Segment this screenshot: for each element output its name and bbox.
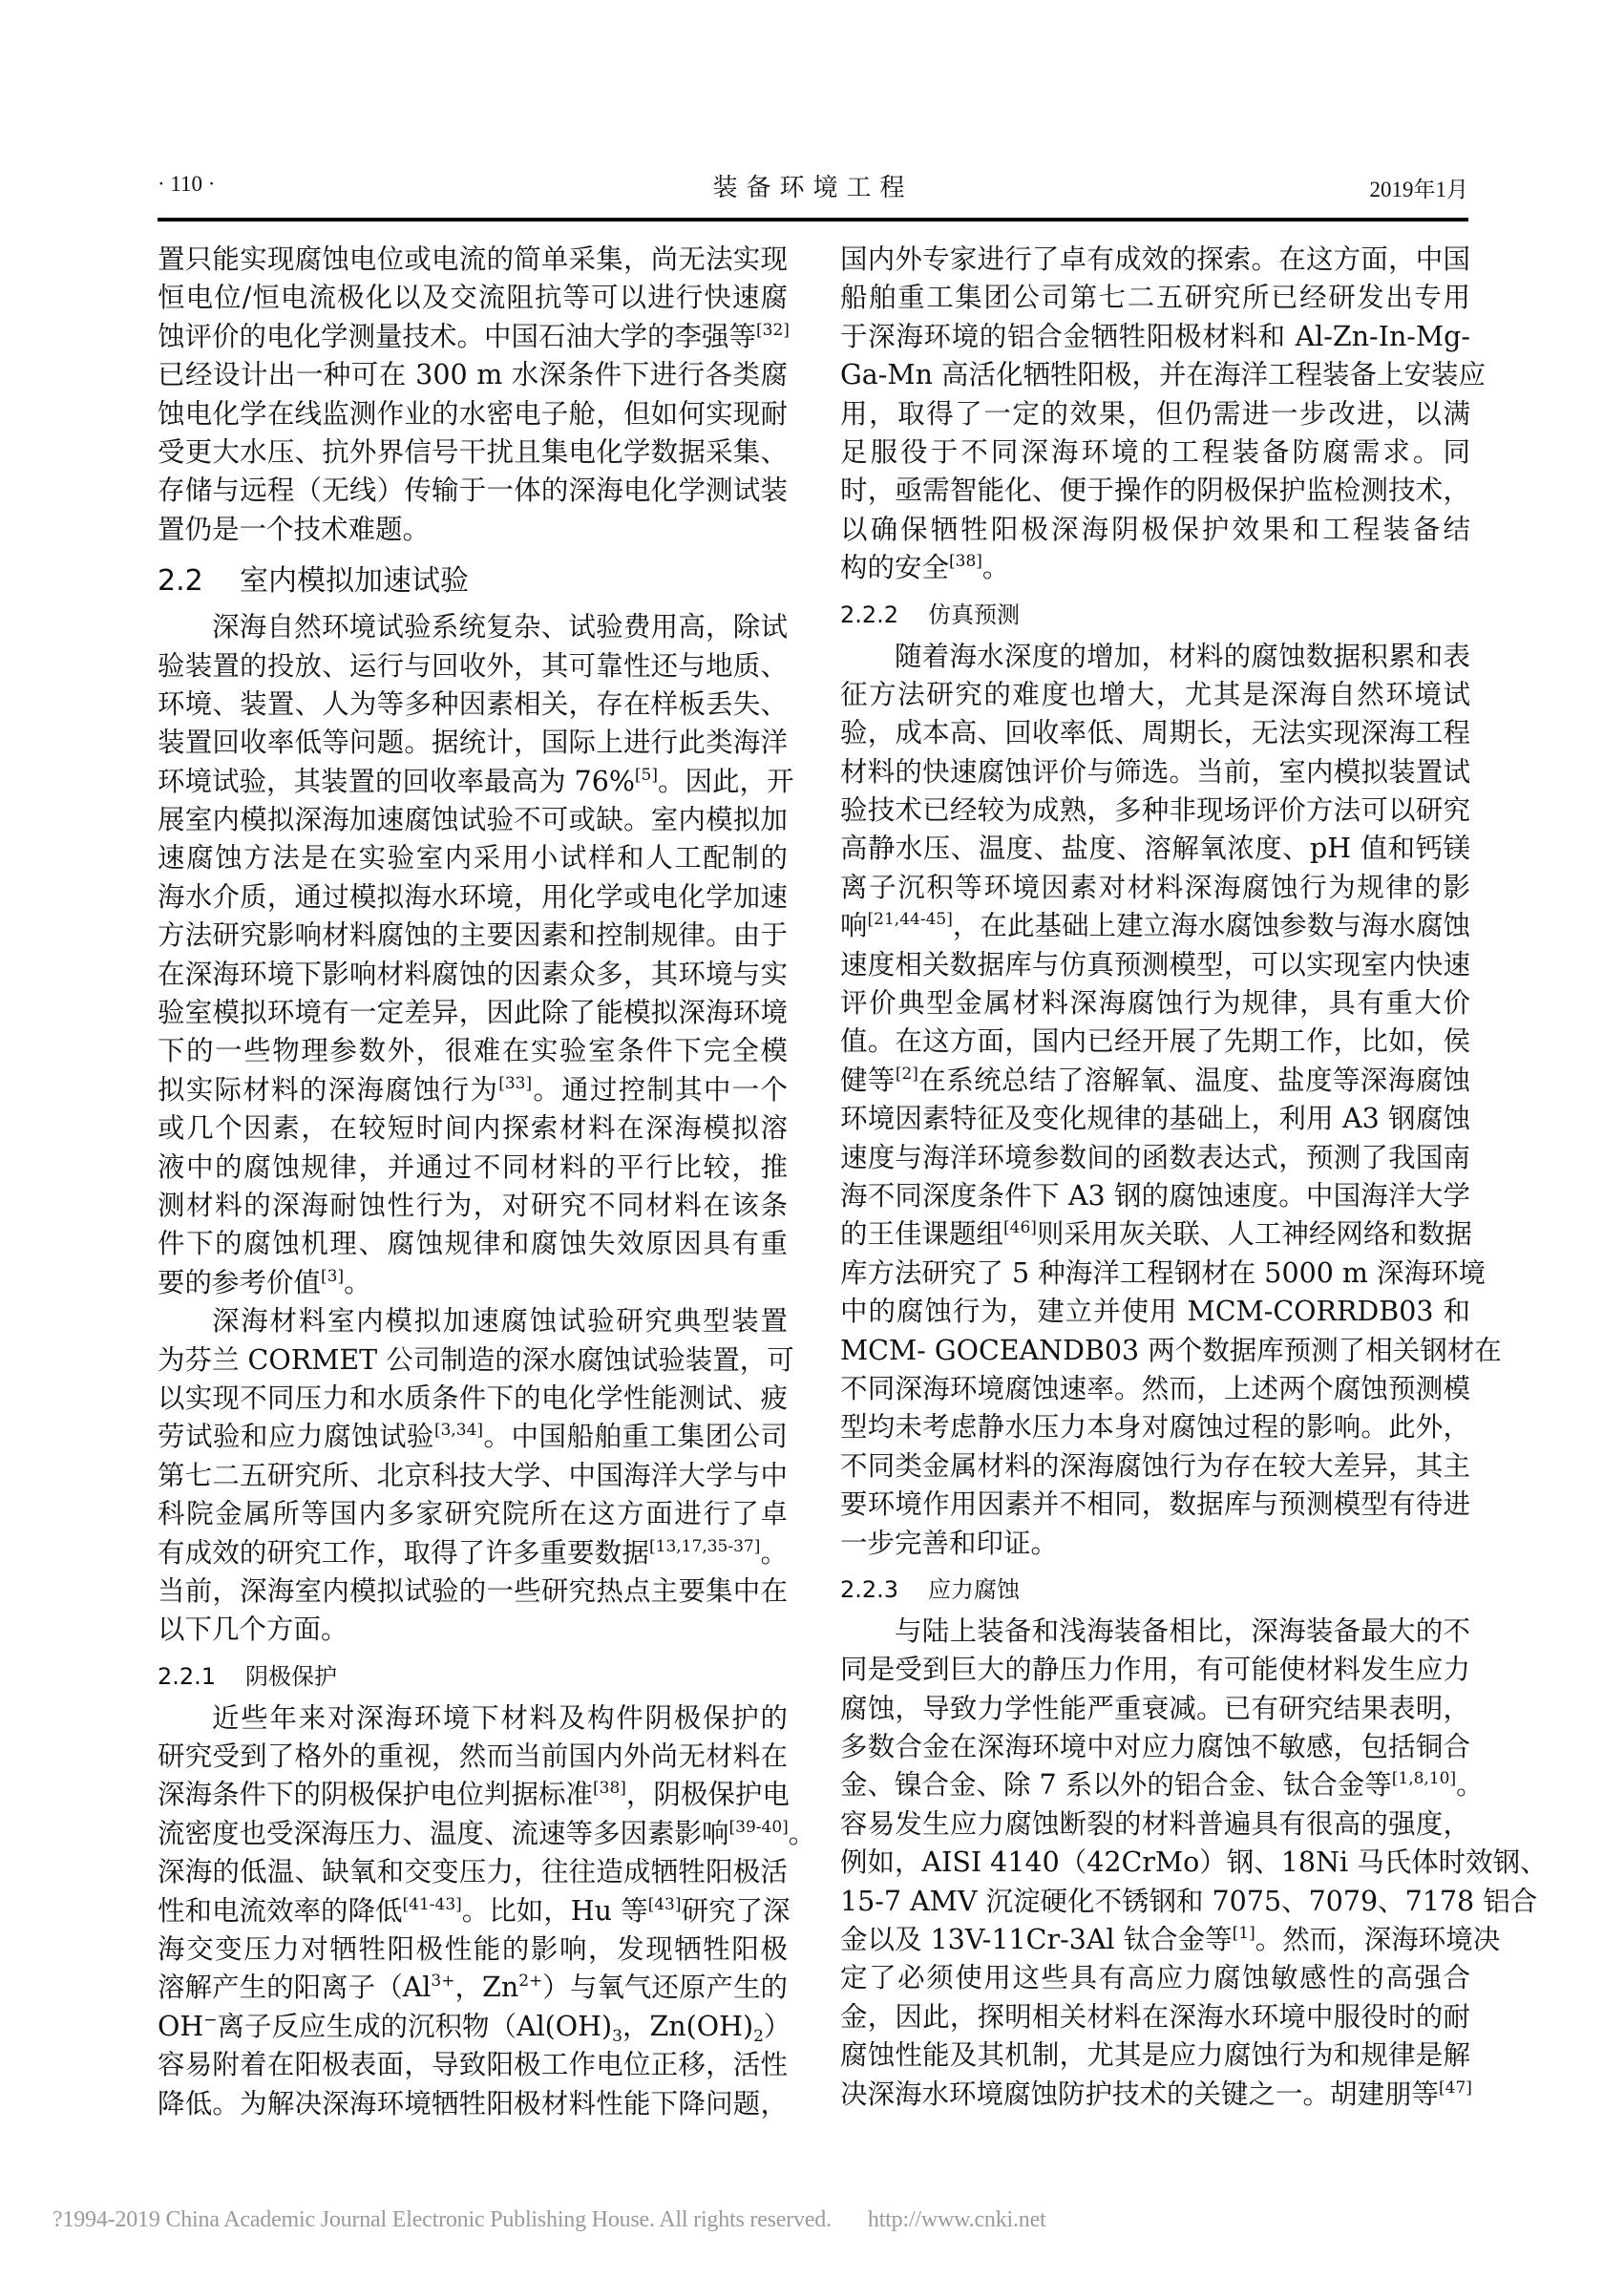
text-line: 环境因素特征及变化规律的基础上，利用 A3 钢腐蚀 <box>840 1100 1470 1138</box>
text-line: 腐蚀性能及其机制，尤其是应力腐蚀行为和规律是解 <box>840 2036 1470 2075</box>
text-line: 环境、装置、人为等多种因素相关，存在样板丢失、 <box>158 686 788 724</box>
ion-charge: 3+ <box>431 1972 454 1991</box>
text-line: 速腐蚀方法是在实验室内采用小试样和人工配制的 <box>158 839 788 877</box>
text-line: 拟实际材料的深海腐蚀行为[33]。通过控制其中一个 <box>158 1071 788 1109</box>
citation: [38] <box>949 552 982 571</box>
citation: [47] <box>1439 2078 1472 2098</box>
citation: [46] <box>1003 1218 1037 1237</box>
text-line: 材料的快速腐蚀评价与筛选。当前，室内模拟装置试 <box>840 753 1470 791</box>
text-line: 要的参考价值[3]。 <box>158 1264 788 1302</box>
section-heading-2-2-2: 2.2.2仿真预测 <box>840 592 1470 638</box>
text-line: 定了必须使用这些具有高应力腐蚀敏感性的高强合 <box>840 1959 1470 1997</box>
text-line: 降低。为解决深海环境牺牲阳极材料性能下降问题， <box>158 2085 788 2123</box>
text-line: 液中的腐蚀规律，并通过不同材料的平行比较，推 <box>158 1149 788 1187</box>
text-line: 置仍是一个技术难题。 <box>158 511 788 549</box>
section-number: 2.2.2 <box>840 592 928 638</box>
text-line: 深海条件下的阴极保护电位判据标准[38]，阴极保护电 <box>158 1776 788 1814</box>
text-line: 容易发生应力腐蚀断裂的材料普遍具有很高的强度， <box>840 1805 1470 1844</box>
text-line: 以实现不同压力和水质条件下的电化学性能测试、疲 <box>158 1380 788 1418</box>
text-line: 多数合金在深海环境中对应力腐蚀不敏感，包括铜合 <box>840 1728 1470 1766</box>
subscript: 2 <box>753 2027 764 2046</box>
left-column: 置只能实现腐蚀电位或电流的简单采集，尚无法实现 恒电位/恒电流极化以及交流阻抗等… <box>158 241 788 2123</box>
text-line: 下的一些物理参数外，很难在实验室条件下完全模 <box>158 1032 788 1070</box>
text-line: 不同类金属材料的深海腐蚀行为存在较大差异，其主 <box>840 1447 1470 1486</box>
text-line: 征方法研究的难度也增大，尤其是深海自然环境试 <box>840 676 1470 714</box>
text-line: 健等[2]在系统总结了溶解氧、温度、盐度等深海腐蚀 <box>840 1062 1470 1100</box>
paragraph-right-1: 国内外专家进行了卓有成效的探索。在这方面，中国 船舶重工集团公司第七二五研究所已… <box>840 241 1470 588</box>
text-line: 恒电位/恒电流极化以及交流阻抗等可以进行快速腐 <box>158 279 788 317</box>
text-line: 金、镍合金、除 7 系以外的铝合金、钛合金等[1,8,10]。 <box>840 1766 1470 1804</box>
text-line: 有成效的研究工作，取得了许多重要数据[13,17,35-37]。 <box>158 1534 788 1572</box>
text-line: 以下几个方面。 <box>158 1611 788 1649</box>
text-line: 当前，深海室内模拟试验的一些研究热点主要集中在 <box>158 1572 788 1611</box>
text-line: 足服役于不同深海环境的工程装备防腐需求。同 <box>840 433 1470 472</box>
text-line: 高静水压、温度、盐度、溶解氧浓度、pH 值和钙镁 <box>840 830 1470 868</box>
section-number: 2.2 <box>158 555 240 608</box>
text-line: 深海自然环境试验系统复杂、试验费用高，除试 <box>158 608 788 646</box>
text-line: Ga-Mn 高活化牺牲阳极，并在海洋工程装备上安装应 <box>840 356 1470 394</box>
text-line: 与陆上装备和浅海装备相比，深海装备最大的不 <box>840 1613 1470 1651</box>
citation: [2] <box>896 1065 918 1084</box>
text-line: 置只能实现腐蚀电位或电流的简单采集，尚无法实现 <box>158 241 788 279</box>
text-line: 15-7 AMV 沉淀硬化不锈钢和 7075、7079、7178 铝合 <box>840 1883 1470 1921</box>
paragraph-left-1: 置只能实现腐蚀电位或电流的简单采集，尚无法实现 恒电位/恒电流极化以及交流阻抗等… <box>158 241 788 549</box>
ion-charge: − <box>203 2011 217 2030</box>
citation: [21,44-45] <box>868 910 953 929</box>
text-line: 决深海水环境腐蚀防护技术的关键之一。胡建朋等[47] <box>840 2076 1470 2114</box>
text-line: 深海的低温、缺氧和交变压力，往往造成牺牲阳极活 <box>158 1853 788 1891</box>
text-line: 件下的腐蚀机理、腐蚀规律和腐蚀失效原因具有重 <box>158 1225 788 1263</box>
text-line: 环境试验，其装置的回收率最高为 76%[5]。因此，开 <box>158 763 788 801</box>
text-line: 在深海环境下影响材料腐蚀的因素众多，其环境与实 <box>158 956 788 994</box>
citation: [33] <box>498 1074 532 1093</box>
text-line: 性和电流效率的降低[41-43]。比如，Hu 等[43]研究了深 <box>158 1892 788 1930</box>
text-line: 存储与远程（无线）传输于一体的深海电化学测试装 <box>158 472 788 510</box>
text-line: 国内外专家进行了卓有成效的探索。在这方面，中国 <box>840 241 1470 279</box>
text-line: 评价典型金属材料深海腐蚀行为规律，具有重大价 <box>840 984 1470 1023</box>
citation: [5] <box>635 766 658 785</box>
text-line: 不同深海环境腐蚀速率。然而，上述两个腐蚀预测模 <box>840 1370 1470 1408</box>
citation: [13,17,35-37] <box>649 1537 760 1556</box>
text-line: 随着海水深度的增加，材料的腐蚀数据积累和表 <box>840 638 1470 676</box>
paragraph-left-2: 深海自然环境试验系统复杂、试验费用高，除试 验装置的投放、运行与回收外，其可靠性… <box>158 608 788 1302</box>
text-line: 构的安全[38]。 <box>840 549 1470 587</box>
text-line: 船舶重工集团公司第七二五研究所已经研发出专用 <box>840 279 1470 317</box>
text-line: 时，亟需智能化、便于操作的阴极保护监检测技术， <box>840 472 1470 510</box>
text-line: 已经设计出一种可在 300 m 水深条件下进行各类腐 <box>158 356 788 394</box>
cnki-link[interactable]: http://www.cnki.net <box>868 2207 1046 2232</box>
text-line: 验装置的投放、运行与回收外，其可靠性还与地质、 <box>158 647 788 686</box>
text-line: 蚀电化学在线监测作业的水密电子舱，但如何实现耐 <box>158 395 788 433</box>
text-line: 例如，AISI 4140（42CrMo）钢、18Ni 马氏体时效钢、 <box>840 1844 1470 1882</box>
section-heading-2-2: 2.2室内模拟加速试验 <box>158 555 788 608</box>
text-line: 受更大水压、抗外界信号干扰且集电化学数据采集、 <box>158 433 788 472</box>
text-line: 溶解产生的阳离子（Al3+，Zn2+）与氧气还原产生的 <box>158 1969 788 2007</box>
text-line: 型均未考虑静水压力本身对腐蚀过程的影响。此外， <box>840 1408 1470 1446</box>
text-line: 响[21,44-45]，在此基础上建立海水腐蚀参数与海水腐蚀 <box>840 907 1470 945</box>
paragraph-right-2: 随着海水深度的增加，材料的腐蚀数据积累和表 征方法研究的难度也增大，尤其是深海自… <box>840 638 1470 1563</box>
section-title: 仿真预测 <box>928 601 1020 628</box>
text-line: 为芬兰 CORMET 公司制造的深水腐蚀试验装置，可 <box>158 1341 788 1380</box>
citation: [1] <box>1233 1924 1255 1943</box>
paragraph-right-3: 与陆上装备和浅海装备相比，深海装备最大的不 同是受到巨大的静压力作用，有可能使材… <box>840 1613 1470 2114</box>
text-line: 海不同深度条件下 A3 钢的腐蚀速度。中国海洋大学 <box>840 1177 1470 1215</box>
text-line: MCM- GOCEANDB03 两个数据库预测了相关钢材在 <box>840 1332 1470 1370</box>
copyright-footer: ?1994-2019 China Academic Journal Electr… <box>53 2207 1046 2233</box>
text-line: 海交变压力对牺牲阳极性能的影响，发现牺牲阳极 <box>158 1930 788 1969</box>
section-number: 2.2.1 <box>158 1654 245 1699</box>
citation: [39-40] <box>729 1818 789 1837</box>
text-line: 值。在这方面，国内已经开展了先期工作，比如，侯 <box>840 1023 1470 1061</box>
text-line: 近些年来对深海环境下材料及构件阴极保护的 <box>158 1699 788 1738</box>
text-line: OH−离子反应生成的沉积物（Al(OH)3，Zn(OH)2） <box>158 2008 788 2046</box>
text-line: 流密度也受深海压力、温度、流速等多因素影响[39-40]。 <box>158 1815 788 1853</box>
text-line: 离子沉积等环境因素对材料深海腐蚀行为规律的影 <box>840 869 1470 907</box>
text-line: 库方法研究了 5 种海洋工程钢材在 5000 m 深海环境 <box>840 1255 1470 1293</box>
paragraph-left-3: 深海材料室内模拟加速腐蚀试验研究典型装置 为芬兰 CORMET 公司制造的深水腐… <box>158 1302 788 1650</box>
section-title: 阴极保护 <box>245 1663 337 1690</box>
citation: [3] <box>321 1267 344 1286</box>
issue-date: 2019年1月 <box>1370 172 1469 203</box>
text-line: 海水介质，通过模拟海水环境，用化学或电化学加速 <box>158 878 788 917</box>
citation: [3,34] <box>434 1421 483 1440</box>
section-heading-2-2-3: 2.2.3应力腐蚀 <box>840 1567 1470 1613</box>
text-line: 于深海环境的铝合金牺牲阳极材料和 Al-Zn-In-Mg- <box>840 318 1470 356</box>
citation: [38] <box>593 1779 626 1798</box>
citation: [32] <box>756 321 790 340</box>
text-line: 容易附着在阳极表面，导致阳极工作电位正移，活性 <box>158 2046 788 2084</box>
text-line: 劳试验和应力腐蚀试验[3,34]。中国船舶重工集团公司 <box>158 1418 788 1456</box>
text-line: 测材料的深海耐蚀性行为，对研究不同材料在该条 <box>158 1187 788 1225</box>
text-line: 要环境作用因素并不相同，数据库与预测模型有待进 <box>840 1486 1470 1524</box>
text-line: 腐蚀，导致力学性能严重衰减。已有研究结果表明， <box>840 1690 1470 1728</box>
paragraph-left-4: 近些年来对深海环境下材料及构件阴极保护的 研究受到了格外的重视，然而当前国内外尚… <box>158 1699 788 2123</box>
section-heading-2-2-1: 2.2.1阴极保护 <box>158 1654 788 1699</box>
text-line: 同是受到巨大的静压力作用，有可能使材料发生应力 <box>840 1651 1470 1689</box>
text-line: 深海材料室内模拟加速腐蚀试验研究典型装置 <box>158 1302 788 1340</box>
journal-title: 装备环境工程 <box>158 168 1468 203</box>
right-column: 国内外专家进行了卓有成效的探索。在这方面，中国 船舶重工集团公司第七二五研究所已… <box>840 241 1470 2114</box>
copyright-text: ?1994-2019 China Academic Journal Electr… <box>53 2207 832 2232</box>
text-line: 研究受到了格外的重视，然而当前国内外尚无材料在 <box>158 1738 788 1776</box>
text-line: 的王佳课题组[46]则采用灰关联、人工神经网络和数据 <box>840 1215 1470 1254</box>
text-line: 中的腐蚀行为，建立并使用 MCM-CORRDB03 和 <box>840 1293 1470 1331</box>
text-line: 一步完善和印证。 <box>840 1525 1470 1563</box>
text-line: 科院金属所等国内多家研究院所在这方面进行了卓 <box>158 1495 788 1533</box>
text-line: 装置回收率低等问题。据统计，国际上进行此类海洋 <box>158 724 788 762</box>
section-number: 2.2.3 <box>840 1567 928 1613</box>
text-line: 第七二五研究所、北京科技大学、中国海洋大学与中 <box>158 1457 788 1495</box>
text-line: 速度相关数据库与仿真预测模型，可以实现室内快速 <box>840 946 1470 984</box>
text-line: 验室模拟环境有一定差异，因此除了能模拟深海环境 <box>158 994 788 1032</box>
citation: [1,8,10] <box>1392 1769 1456 1788</box>
header-rule <box>158 218 1468 221</box>
text-line: 金，因此，探明相关材料在深海水环境中服役时的耐 <box>840 1998 1470 2036</box>
section-title: 应力腐蚀 <box>928 1576 1020 1603</box>
text-line: 以确保牺牲阳极深海阴极保护效果和工程装备结 <box>840 511 1470 549</box>
text-line: 或几个因素，在较短时间内探索材料在深海模拟溶 <box>158 1109 788 1148</box>
text-line: 方法研究影响材料腐蚀的主要因素和控制规律。由于 <box>158 917 788 955</box>
text-line: 金以及 13V-11Cr-3Al 钛合金等[1]。然而，深海环境决 <box>840 1921 1470 1959</box>
citation: [43] <box>648 1895 682 1914</box>
text-line: 速度与海洋环境参数间的函数表达式，预测了我国南 <box>840 1139 1470 1177</box>
text-line: 蚀评价的电化学测量技术。中国石油大学的李强等[32] <box>158 318 788 356</box>
running-header: · 110 · 装备环境工程 2019年1月 <box>158 164 1468 202</box>
text-line: 用，取得了一定的效果，但仍需进一步改进，以满 <box>840 395 1470 433</box>
text-line: 验技术已经较为成熟，多种非现场评价方法可以研究 <box>840 791 1470 830</box>
text-line: 展室内模拟深海加速腐蚀试验不可或缺。室内模拟加 <box>158 801 788 839</box>
section-title: 室内模拟加速试验 <box>240 564 469 598</box>
citation: [41-43] <box>403 1895 462 1914</box>
ion-charge: 2+ <box>518 1972 542 1991</box>
subscript: 3 <box>612 2027 622 2046</box>
text-line: 验，成本高、回收率低、周期长，无法实现深海工程 <box>840 714 1470 752</box>
